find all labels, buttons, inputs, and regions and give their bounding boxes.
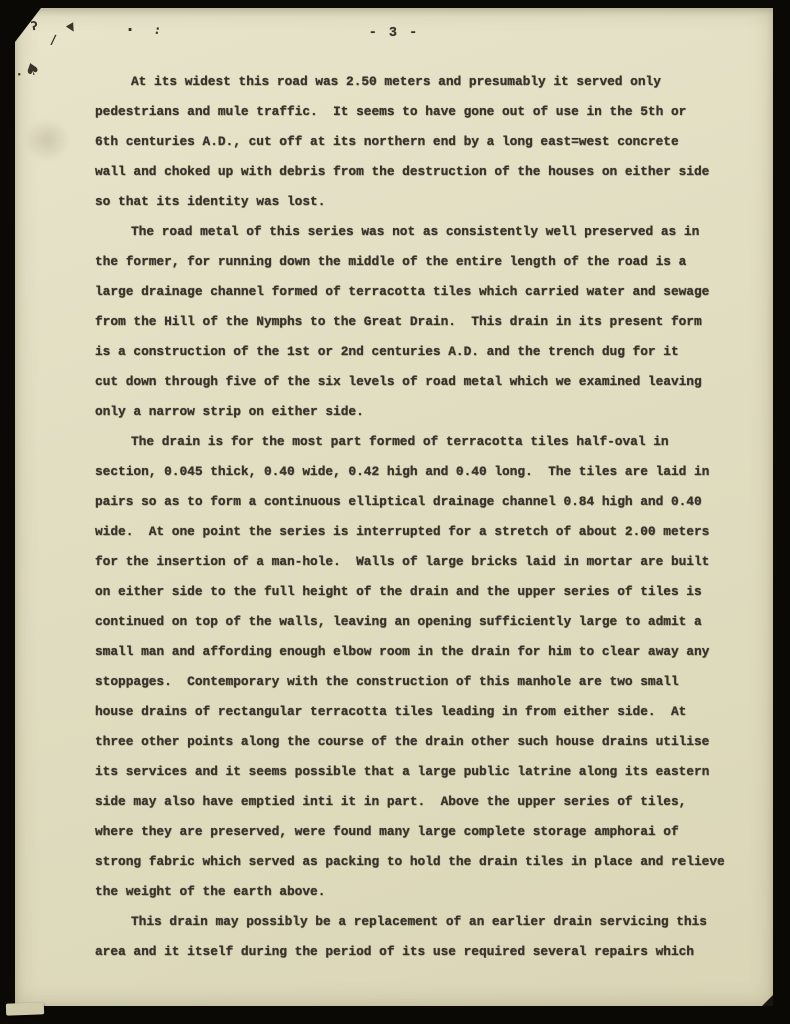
paragraph: The drain is for the most part formed of… <box>95 427 733 907</box>
text-line: where they are preserved, were found man… <box>95 817 733 847</box>
dog-ear-corner <box>762 995 773 1006</box>
text-line: stoppages. Contemporary with the constru… <box>95 667 733 697</box>
photo-background: ʔ/▼·:♠• - 3 - At its widest this road wa… <box>0 0 790 1024</box>
text-line: At its widest this road was 2.50 meters … <box>95 67 733 97</box>
text-line: continued on top of the walls, leaving a… <box>95 607 733 637</box>
document-page: ʔ/▼·:♠• - 3 - At its widest this road wa… <box>15 8 773 1006</box>
text-line: on either side to the full height of the… <box>95 577 733 607</box>
document-body: At its widest this road was 2.50 meters … <box>15 67 773 967</box>
text-line: its services and it seems possible that … <box>95 757 733 787</box>
text-line: 6th centuries A.D., cut off at its north… <box>95 127 733 157</box>
text-line: the former, for running down the middle … <box>95 247 733 277</box>
text-line: wide. At one point the series is interru… <box>95 517 733 547</box>
text-line: for the insertion of a man-hole. Walls o… <box>95 547 733 577</box>
text-line: the weight of the earth above. <box>95 877 733 907</box>
text-line: strong fabric which served as packing to… <box>95 847 733 877</box>
text-line: pedestrians and mule traffic. It seems t… <box>95 97 733 127</box>
text-line: three other points along the course of t… <box>95 727 733 757</box>
paragraph: This drain may possibly be a replacement… <box>95 907 733 967</box>
text-line: is a construction of the 1st or 2nd cent… <box>95 337 733 367</box>
text-line: from the Hill of the Nymphs to the Great… <box>95 307 733 337</box>
text-line: The road metal of this series was not as… <box>95 217 733 247</box>
text-line: side may also have emptied inti it in pa… <box>95 787 733 817</box>
paper-fragment-bottom-left <box>6 1002 44 1015</box>
text-line: This drain may possibly be a replacement… <box>95 907 733 937</box>
paragraph: At its widest this road was 2.50 meters … <box>95 67 733 217</box>
text-line: house drains of rectangular terracotta t… <box>95 697 733 727</box>
text-line: area and it itself during the period of … <box>95 937 733 967</box>
paragraph: The road metal of this series was not as… <box>95 217 733 427</box>
fingerprint-smudge <box>15 110 79 170</box>
text-line: so that its identity was lost. <box>95 187 733 217</box>
text-line: cut down through five of the six levels … <box>95 367 733 397</box>
text-line: section, 0.045 thick, 0.40 wide, 0.42 hi… <box>95 457 733 487</box>
text-line: large drainage channel formed of terraco… <box>95 277 733 307</box>
text-line: wall and choked up with debris from the … <box>95 157 733 187</box>
text-line: small man and affording enough elbow roo… <box>95 637 733 667</box>
text-line: pairs so as to form a continuous ellipti… <box>95 487 733 517</box>
text-line: only a narrow strip on either side. <box>95 397 733 427</box>
text-line: The drain is for the most part formed of… <box>95 427 733 457</box>
page-number: - 3 - <box>15 26 773 41</box>
